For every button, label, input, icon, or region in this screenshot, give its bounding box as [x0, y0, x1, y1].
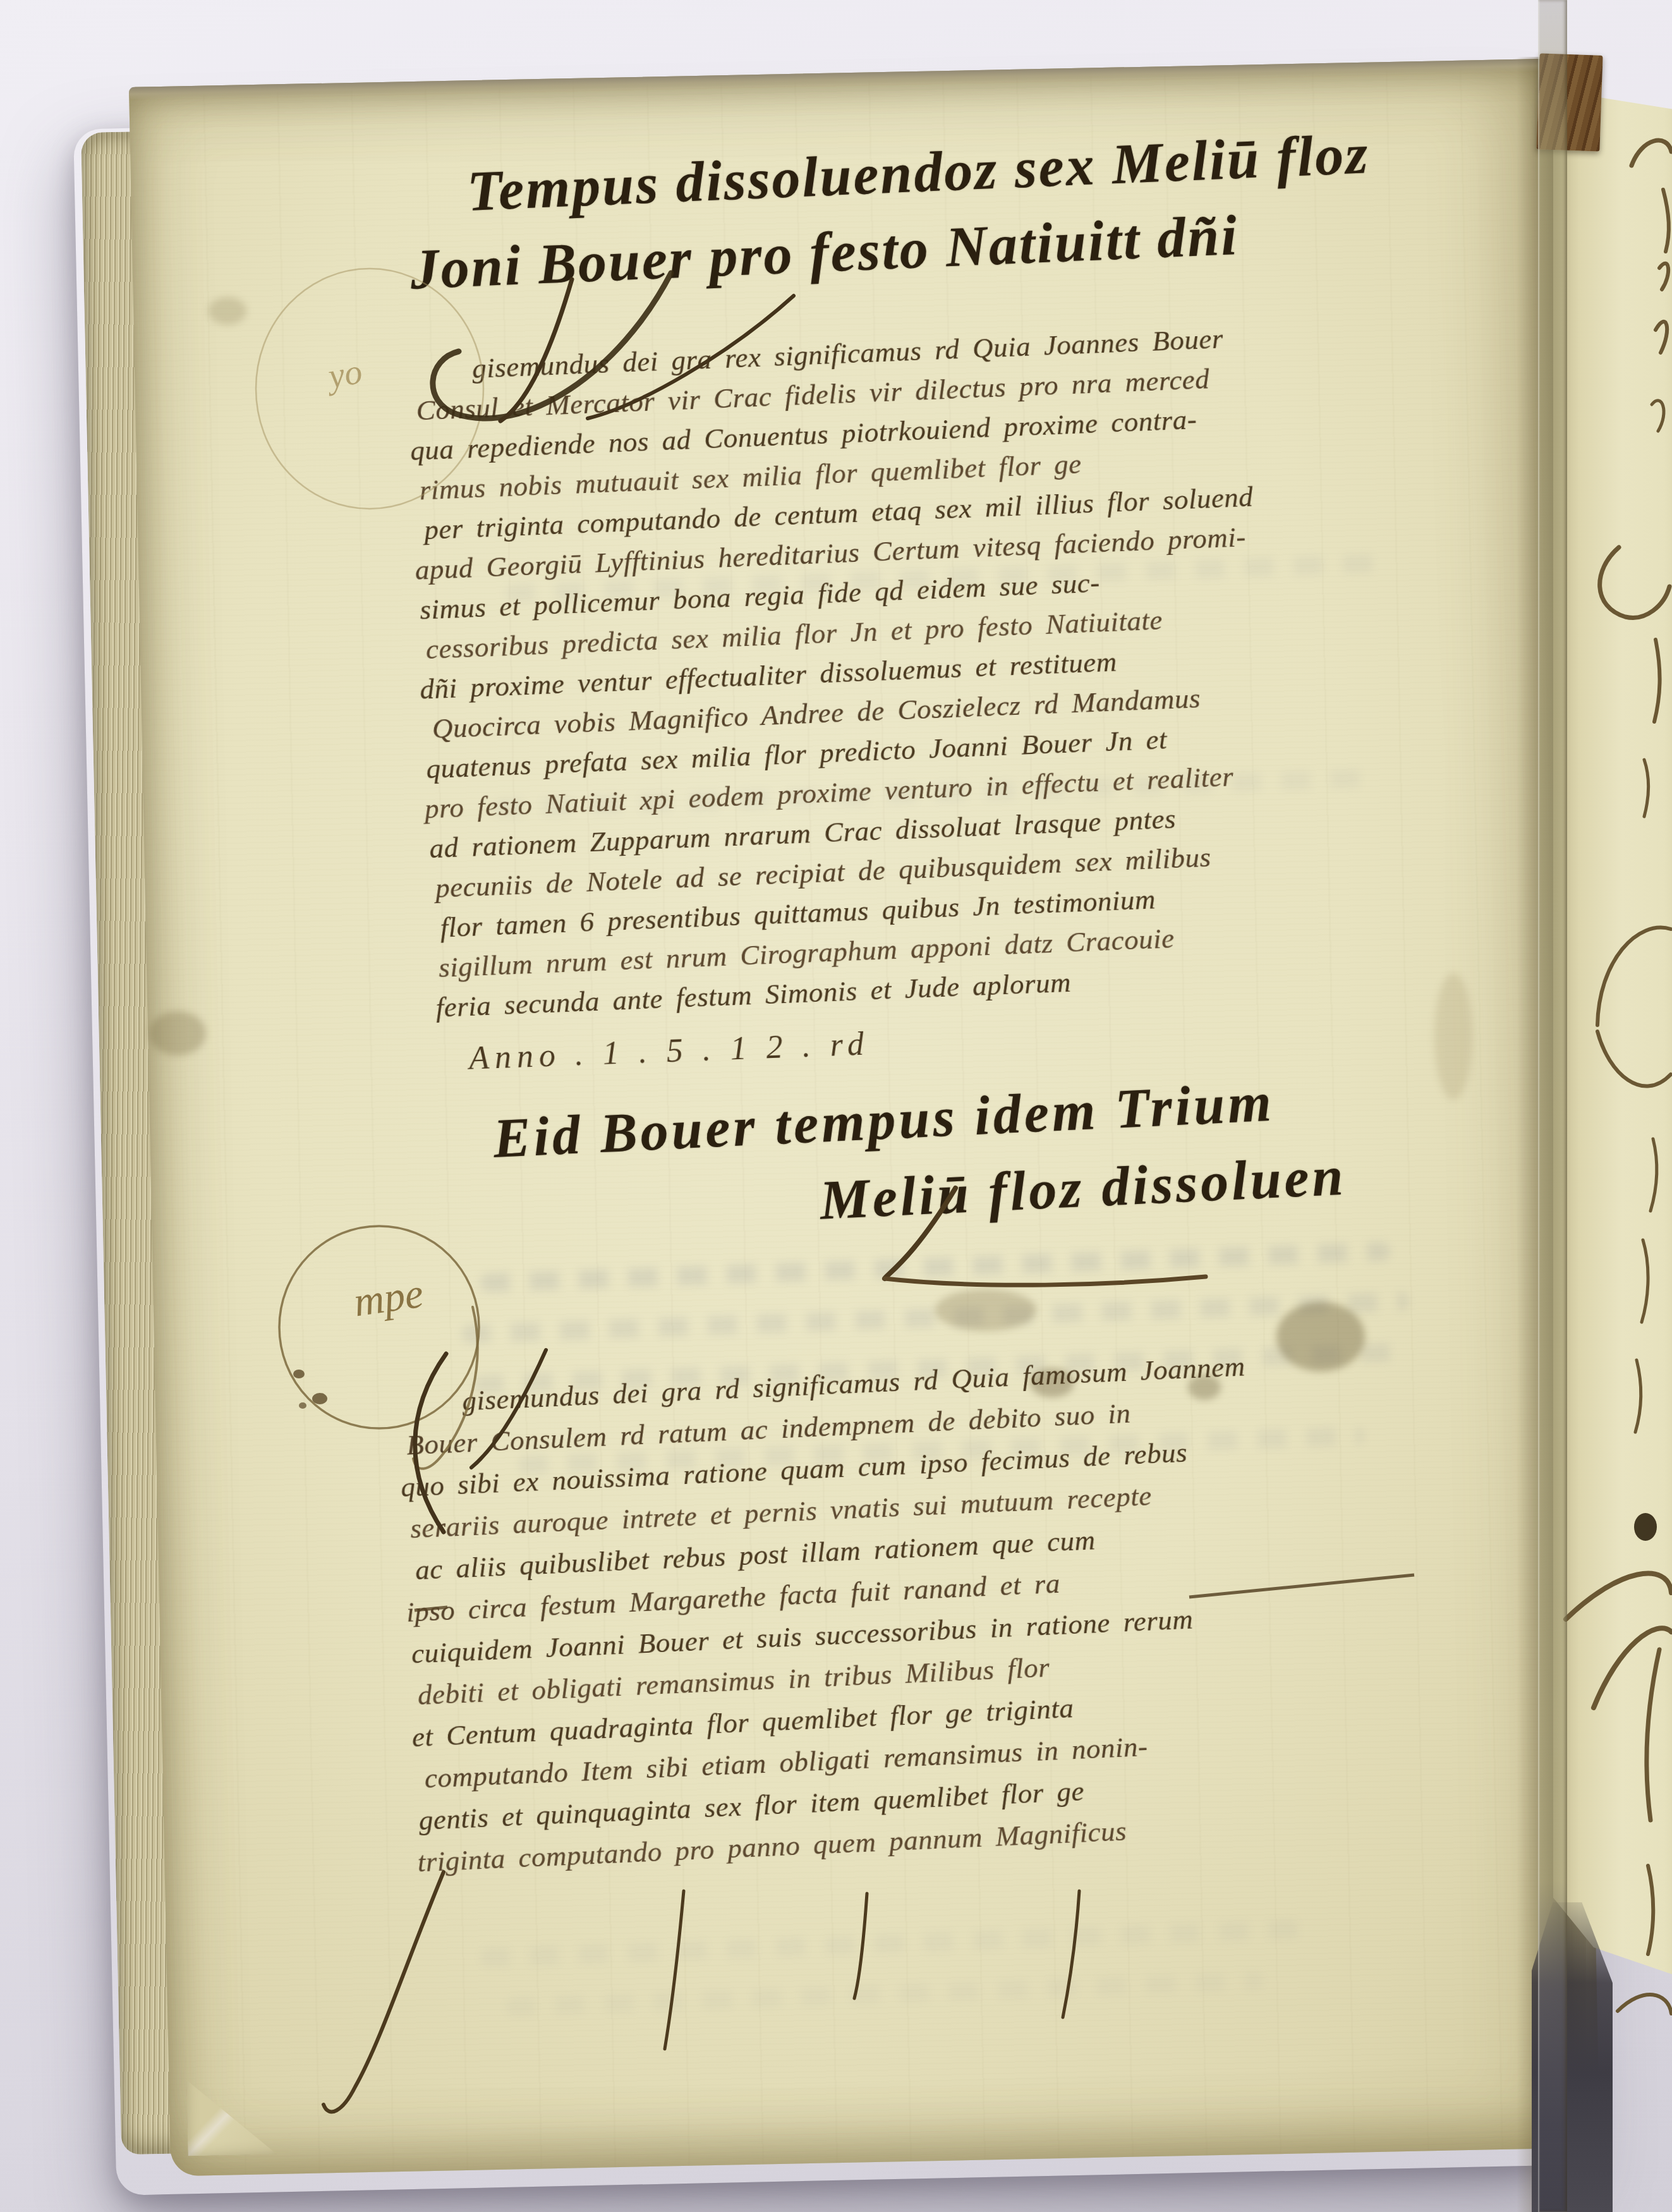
stain: [149, 1011, 206, 1055]
entry2-body-paragraph: gisemundus dei gra rd significamus rd Qu…: [399, 1337, 1438, 1883]
margin-annotation-mark: mpe: [351, 1270, 426, 1327]
stain: [1434, 973, 1472, 1100]
stain: [935, 1289, 1036, 1331]
handwriting-fragment: [1618, 1995, 1671, 2014]
entry1-body-paragraph: gisemundus dei gra rex significamus rd Q…: [409, 311, 1447, 1028]
facing-recto-page-sliver: [1553, 75, 1672, 1990]
stain: [209, 297, 246, 325]
margin-annotation-mark: yo: [325, 351, 365, 397]
translucent-holding-strip: [1538, 0, 1567, 2212]
photograph-of-manuscript-opening: Tempus dissoluendoz sex Meliū flozJoni B…: [0, 0, 1672, 2212]
